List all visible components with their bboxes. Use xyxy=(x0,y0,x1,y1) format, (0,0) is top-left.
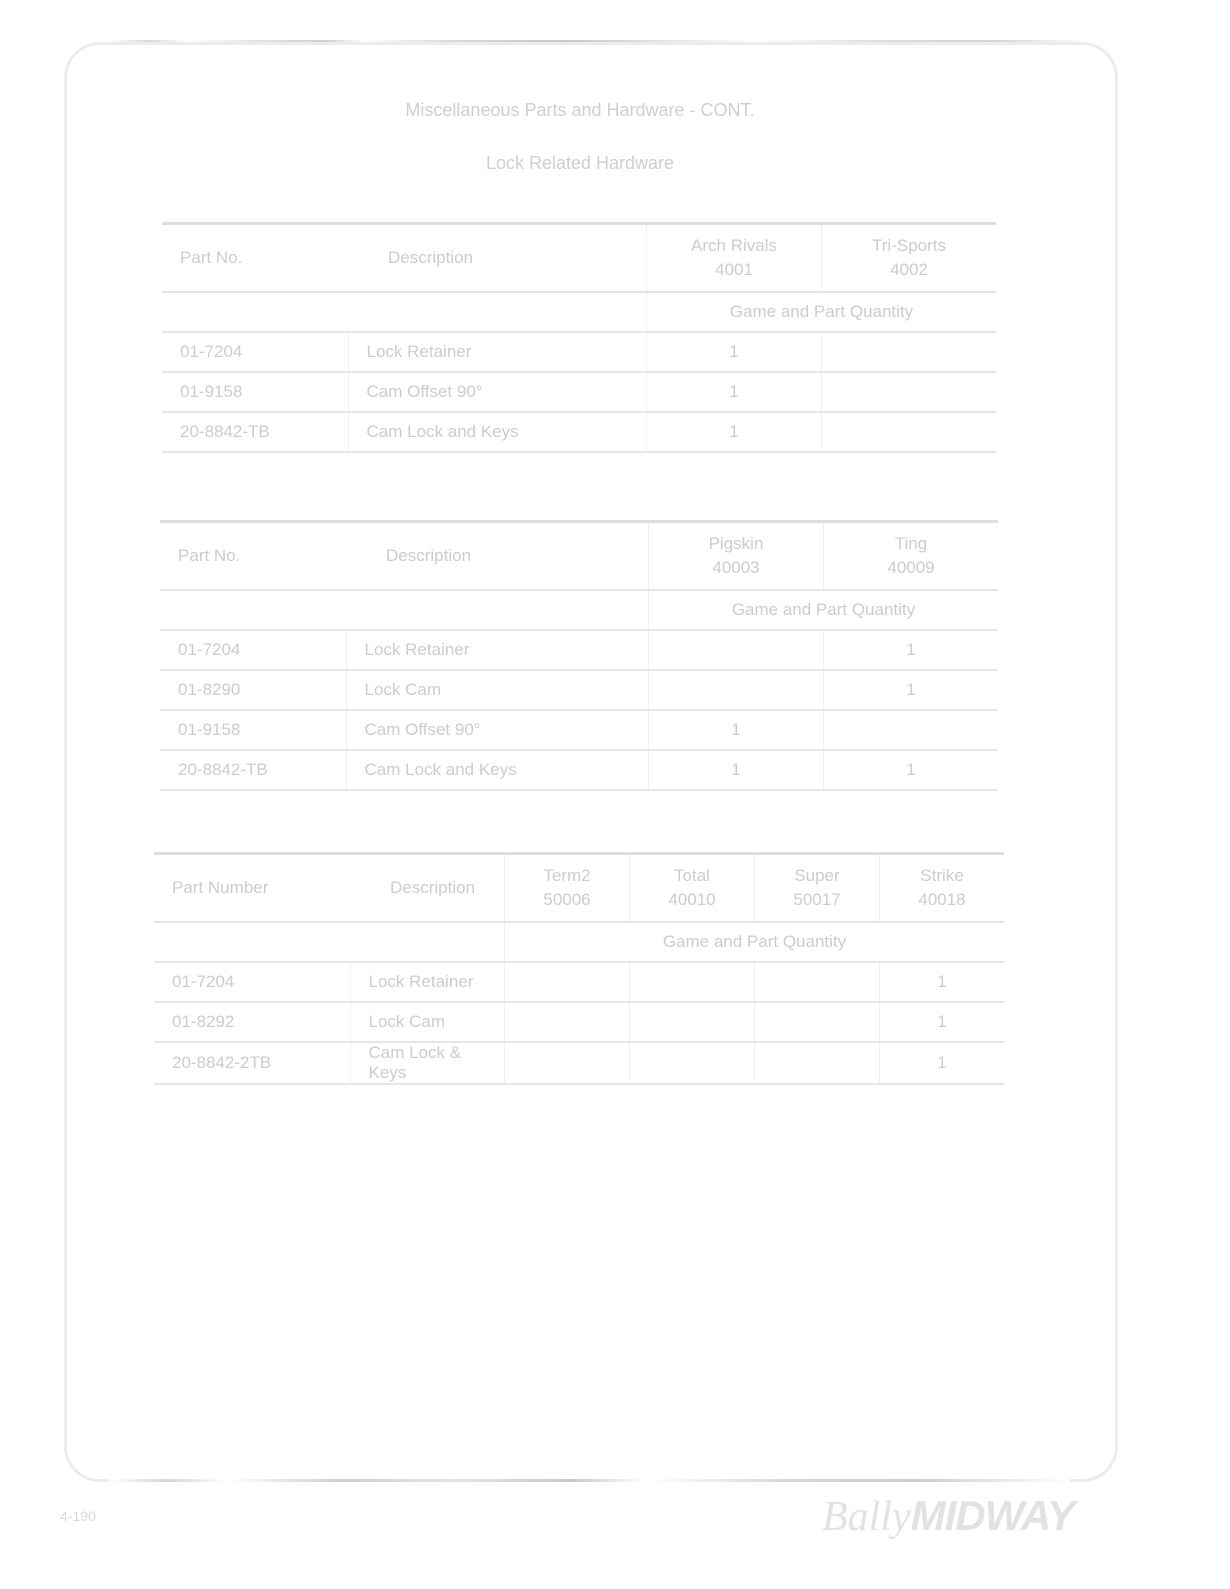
parts-table-1: Part No.DescriptionArch Rivals4001Tri-Sp… xyxy=(162,222,996,453)
part-quantity xyxy=(755,962,880,1002)
part-quantity xyxy=(630,962,755,1002)
logo-midway: MIDWAY xyxy=(911,1492,1075,1539)
part-quantity xyxy=(505,1042,630,1084)
part-quantity xyxy=(824,710,999,750)
part-description: Lock Retainer xyxy=(348,332,647,372)
game-part-quantity-label: Game and Part Quantity xyxy=(647,292,997,332)
game-name: Super xyxy=(773,864,861,888)
table-row: 01-8290Lock Cam1 xyxy=(160,670,998,710)
part-quantity xyxy=(649,630,824,670)
game-part-quantity-label: Game and Part Quantity xyxy=(649,590,999,630)
part-number: 01-9158 xyxy=(160,710,346,750)
table-row: 01-8292Lock Cam1 xyxy=(154,1002,1004,1042)
part-description: Cam Lock and Keys xyxy=(348,412,647,452)
table-header-row: Part NumberDescriptionTerm250006Total400… xyxy=(154,854,1004,923)
part-number: 01-7204 xyxy=(162,332,348,372)
section-subtitle: Lock Related Hardware xyxy=(0,153,1160,174)
table-row: 20-8842-2TBCam Lock & Keys1 xyxy=(154,1042,1004,1084)
part-quantity xyxy=(630,1002,755,1042)
part-quantity xyxy=(822,332,997,372)
part-description: Lock Cam xyxy=(346,670,649,710)
parts-table-2: Part No.DescriptionPigskin40003Ting40009… xyxy=(160,520,998,791)
game-name: Strike xyxy=(898,864,986,888)
part-quantity: 1 xyxy=(649,710,824,750)
table-row: 01-7204Lock Retainer1 xyxy=(154,962,1004,1002)
description-header: Description xyxy=(346,522,649,591)
table-row: 20-8842-TBCam Lock and Keys1 xyxy=(162,412,996,452)
game-number: 4002 xyxy=(840,258,978,282)
game-column-header: Term250006 xyxy=(505,854,630,923)
part-number: 01-9158 xyxy=(162,372,348,412)
game-part-quantity-label: Game and Part Quantity xyxy=(505,922,1005,962)
game-number: 50006 xyxy=(523,888,611,912)
part-number: 01-7204 xyxy=(154,962,350,1002)
scan-edge-bottom xyxy=(110,1479,1070,1482)
parts-table-3: Part NumberDescriptionTerm250006Total400… xyxy=(154,852,1004,1085)
part-number: 01-8290 xyxy=(160,670,346,710)
game-name: Pigskin xyxy=(667,532,805,556)
description-header: Description xyxy=(348,224,647,293)
part-description: Cam Offset 90° xyxy=(346,710,649,750)
part-quantity xyxy=(630,1042,755,1084)
description-header: Description xyxy=(350,854,505,923)
part-number: 01-7204 xyxy=(160,630,346,670)
game-name: Term2 xyxy=(523,864,611,888)
part-quantity: 1 xyxy=(880,1042,1005,1084)
game-name: Total xyxy=(648,864,736,888)
game-number: 40003 xyxy=(667,556,805,580)
part-quantity: 1 xyxy=(647,332,822,372)
game-column-header: Ting40009 xyxy=(824,522,999,591)
part-number: 20-8842-2TB xyxy=(154,1042,350,1084)
part-number-header: Part Number xyxy=(154,854,350,923)
part-quantity xyxy=(755,1042,880,1084)
part-quantity xyxy=(822,412,997,452)
table-row: 01-9158Cam Offset 90°1 xyxy=(162,372,996,412)
part-quantity: 1 xyxy=(647,372,822,412)
bally-midway-logo: BallyMIDWAY xyxy=(822,1492,1074,1541)
part-quantity: 1 xyxy=(880,962,1005,1002)
part-quantity: 1 xyxy=(649,750,824,790)
table-row: 01-7204Lock Retainer1 xyxy=(160,630,998,670)
part-description: Lock Retainer xyxy=(346,630,649,670)
table-row: 20-8842-TBCam Lock and Keys11 xyxy=(160,750,998,790)
quantity-label-row: Game and Part Quantity xyxy=(162,292,996,332)
part-quantity xyxy=(822,372,997,412)
part-number: 01-8292 xyxy=(154,1002,350,1042)
game-number: 40018 xyxy=(898,888,986,912)
game-column-header: Strike40018 xyxy=(880,854,1005,923)
game-column-header: Tri-Sports4002 xyxy=(822,224,997,293)
game-column-header: Pigskin40003 xyxy=(649,522,824,591)
page-title: Miscellaneous Parts and Hardware - CONT. xyxy=(0,100,1160,121)
table-header-row: Part No.DescriptionPigskin40003Ting40009 xyxy=(160,522,998,591)
part-description: Lock Retainer xyxy=(350,962,505,1002)
part-quantity: 1 xyxy=(824,750,999,790)
page-number: 4-190 xyxy=(60,1508,96,1524)
game-name: Ting xyxy=(842,532,980,556)
part-number-header: Part No. xyxy=(160,522,346,591)
game-column-header: Arch Rivals4001 xyxy=(647,224,822,293)
game-number: 40009 xyxy=(842,556,980,580)
part-number-header: Part No. xyxy=(162,224,348,293)
part-description: Cam Offset 90° xyxy=(348,372,647,412)
game-number: 50017 xyxy=(773,888,861,912)
part-quantity xyxy=(755,1002,880,1042)
game-column-header: Super50017 xyxy=(755,854,880,923)
quantity-label-row: Game and Part Quantity xyxy=(160,590,998,630)
game-number: 40010 xyxy=(648,888,736,912)
part-quantity: 1 xyxy=(880,1002,1005,1042)
part-number: 20-8842-TB xyxy=(160,750,346,790)
part-quantity xyxy=(505,1002,630,1042)
quantity-label-row: Game and Part Quantity xyxy=(154,922,1004,962)
part-quantity: 1 xyxy=(824,670,999,710)
table-row: 01-7204Lock Retainer1 xyxy=(162,332,996,372)
part-description: Cam Lock & Keys xyxy=(350,1042,505,1084)
table-header-row: Part No.DescriptionArch Rivals4001Tri-Sp… xyxy=(162,224,996,293)
part-number: 20-8842-TB xyxy=(162,412,348,452)
part-quantity: 1 xyxy=(824,630,999,670)
part-description: Cam Lock and Keys xyxy=(346,750,649,790)
logo-bally: Bally xyxy=(822,1494,911,1540)
table-row: 01-9158Cam Offset 90°1 xyxy=(160,710,998,750)
game-number: 4001 xyxy=(665,258,803,282)
part-description: Lock Cam xyxy=(350,1002,505,1042)
game-name: Tri-Sports xyxy=(840,234,978,258)
part-quantity xyxy=(649,670,824,710)
part-quantity xyxy=(505,962,630,1002)
part-quantity: 1 xyxy=(647,412,822,452)
game-name: Arch Rivals xyxy=(665,234,803,258)
game-column-header: Total40010 xyxy=(630,854,755,923)
